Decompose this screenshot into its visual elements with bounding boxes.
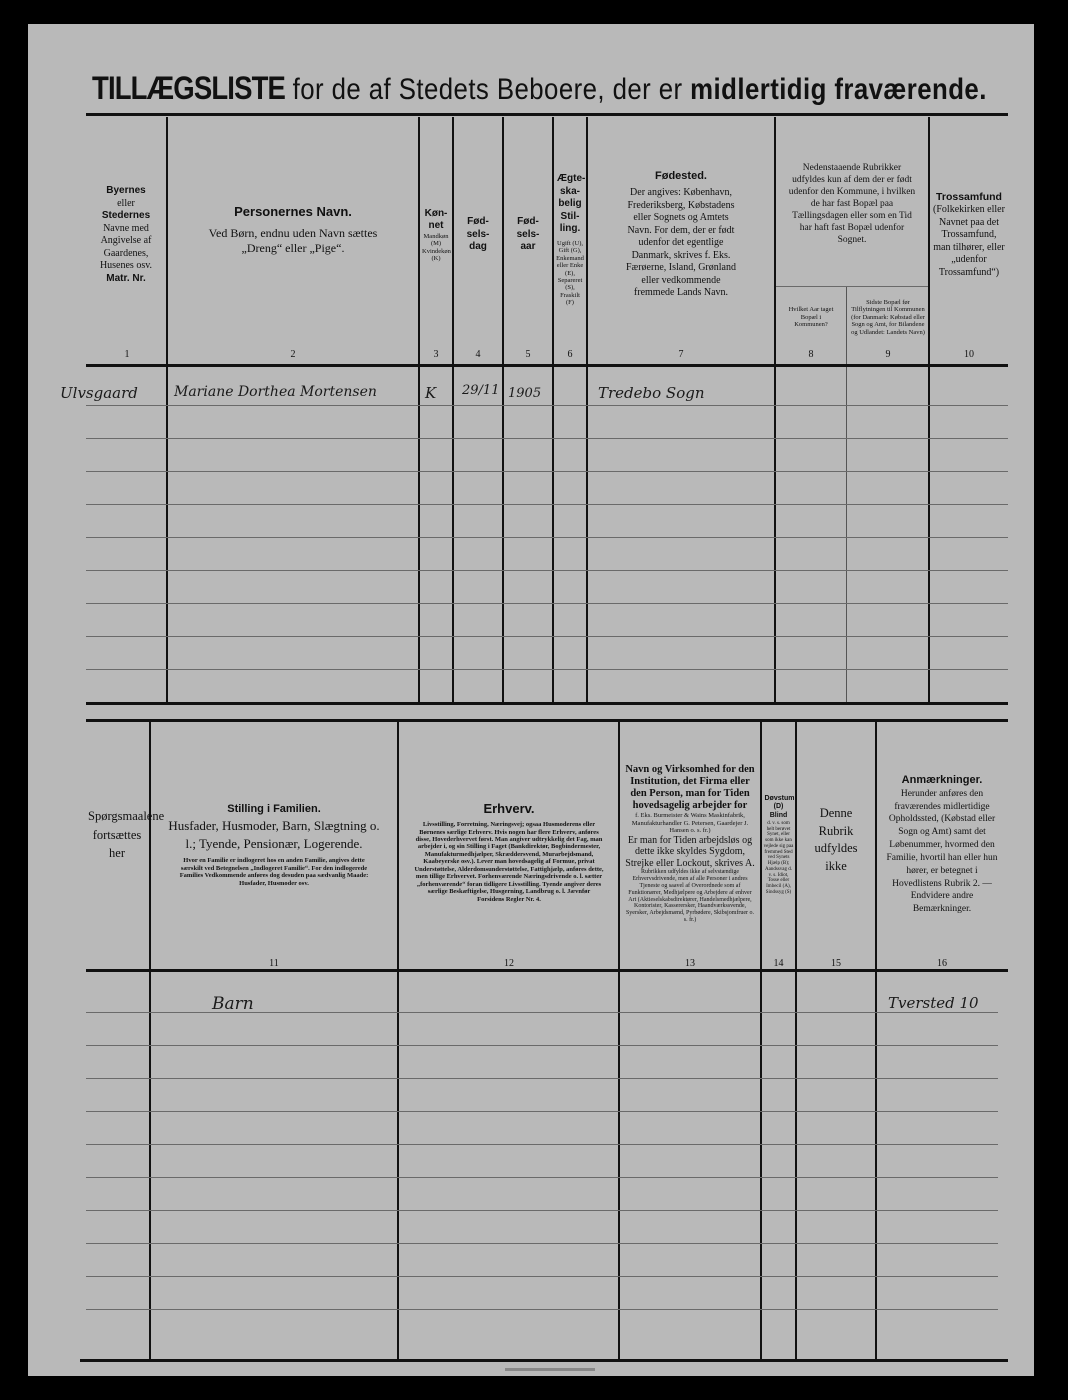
printer-imprint: [505, 1368, 595, 1371]
row-rule: [86, 603, 1008, 604]
header-col4: Fød-sels-dag: [454, 200, 502, 270]
col-number-10: 10: [930, 349, 1008, 360]
cell-sex: K: [425, 384, 436, 402]
row-rule: [86, 570, 1008, 571]
col-divider: [166, 117, 168, 703]
row-rule: [86, 1243, 998, 1244]
col-number-8: 8: [776, 349, 846, 360]
row-rule: [86, 1078, 998, 1079]
header-bottom-rule: [86, 969, 1008, 972]
header-col14: Døvstum (D) Blind d. v. s. som helt berø…: [762, 745, 795, 945]
row-rule: [86, 1144, 998, 1145]
row-rule: [86, 636, 1008, 637]
col-number-1: 1: [88, 349, 166, 360]
col-number-16: 16: [877, 958, 1007, 969]
title-bold: TILLÆGSLISTE: [92, 70, 285, 106]
header-col3: Køn-net Mandkøn (M) Kvindekøn (K): [420, 190, 452, 280]
cell-birthyear: 1905: [508, 386, 541, 401]
header-col8-9-group: Nedenstaaende Rubrikker udfyldes kun af …: [778, 135, 926, 275]
col-number-2: 2: [168, 349, 418, 360]
col-number-9: 9: [848, 349, 928, 360]
header-col13: Navn og Virksomhed for den Institution, …: [620, 728, 760, 960]
header-col6: Ægte-ska-belig Stil-ling. Ugift (U), Gif…: [554, 140, 586, 340]
cell-place: Ulvsgaard: [60, 384, 138, 402]
row-rule: [86, 438, 1008, 439]
header-col8: Hvilket Aar taget Bopæl i Kommunen?: [778, 290, 844, 345]
section-rule: [86, 719, 1008, 722]
header-bottom-rule: [86, 364, 1008, 367]
header-col9: Sidste Bopæl før Tilflytningen til Kommu…: [848, 290, 928, 345]
continued-note: Spørgsmaalene fortsættes her: [86, 780, 148, 890]
cell-name: Mariane Dorthea Mortensen: [174, 384, 377, 400]
header-col15: Denne Rubrik udfyldes ikke: [797, 800, 875, 880]
row-rule: [86, 669, 1008, 670]
row-rule: [86, 1210, 998, 1211]
title-bold2: midlertidig fraværende.: [690, 73, 987, 106]
row-rule: [86, 1111, 998, 1112]
col-divider: [586, 117, 588, 703]
section-rule: [86, 702, 1008, 705]
row-rule: [86, 1309, 998, 1310]
header-col11: Stilling i Familien. Husfader, Husmoder,…: [152, 785, 396, 905]
header-col12: Erhverv. Livsstilling, Forretning, Nærin…: [400, 752, 618, 952]
form-title: TILLÆGSLISTE for de af Stedets Beboere, …: [92, 70, 883, 110]
table-bottom-rule: [80, 1359, 1008, 1362]
col-number-6: 6: [554, 349, 586, 360]
title-rule: [86, 113, 1008, 116]
col-divider: [846, 286, 847, 703]
row-rule: [86, 471, 1008, 472]
cell-remarks: Tversted 10: [888, 994, 979, 1012]
col-divider: [397, 722, 399, 1362]
col-number-3: 3: [420, 349, 452, 360]
cell-birthplace: Tredebo Sogn: [598, 384, 705, 402]
header-col5: Fød-sels-aar: [504, 200, 552, 270]
col-number-11: 11: [152, 958, 396, 969]
subheader-rule: [776, 286, 928, 287]
row-rule: [86, 537, 1008, 538]
row-rule: [86, 504, 1008, 505]
cell-birthday: 29/11: [462, 383, 499, 398]
col-number-4: 4: [454, 349, 502, 360]
col-number-14: 14: [762, 958, 795, 969]
row-rule: [86, 405, 1008, 406]
col-number-15: 15: [797, 958, 875, 969]
col-number-5: 5: [504, 349, 552, 360]
row-rule: [86, 1276, 998, 1277]
col-number-7: 7: [588, 349, 774, 360]
col-number-12: 12: [400, 958, 618, 969]
header-col2: Personernes Navn. Ved Børn, endnu uden N…: [170, 190, 416, 270]
header-col1: Byernes eller Stedernes Navne med Angive…: [88, 160, 164, 310]
row-rule: [86, 1045, 998, 1046]
col-number-13: 13: [620, 958, 760, 969]
title-mid: for de af Stedets Beboere, der er: [293, 73, 683, 106]
row-rule: [86, 1177, 998, 1178]
cell-family-position: Barn: [212, 994, 254, 1014]
col-divider: [774, 117, 776, 703]
header-col10: Trossamfund (Folkekirken eller Navnet pa…: [930, 180, 1008, 290]
header-col7: Fødested. Der angives: København, Freder…: [590, 130, 772, 340]
header-col16: Anmærkninger. Herunder anføres den fravæ…: [877, 770, 1007, 920]
